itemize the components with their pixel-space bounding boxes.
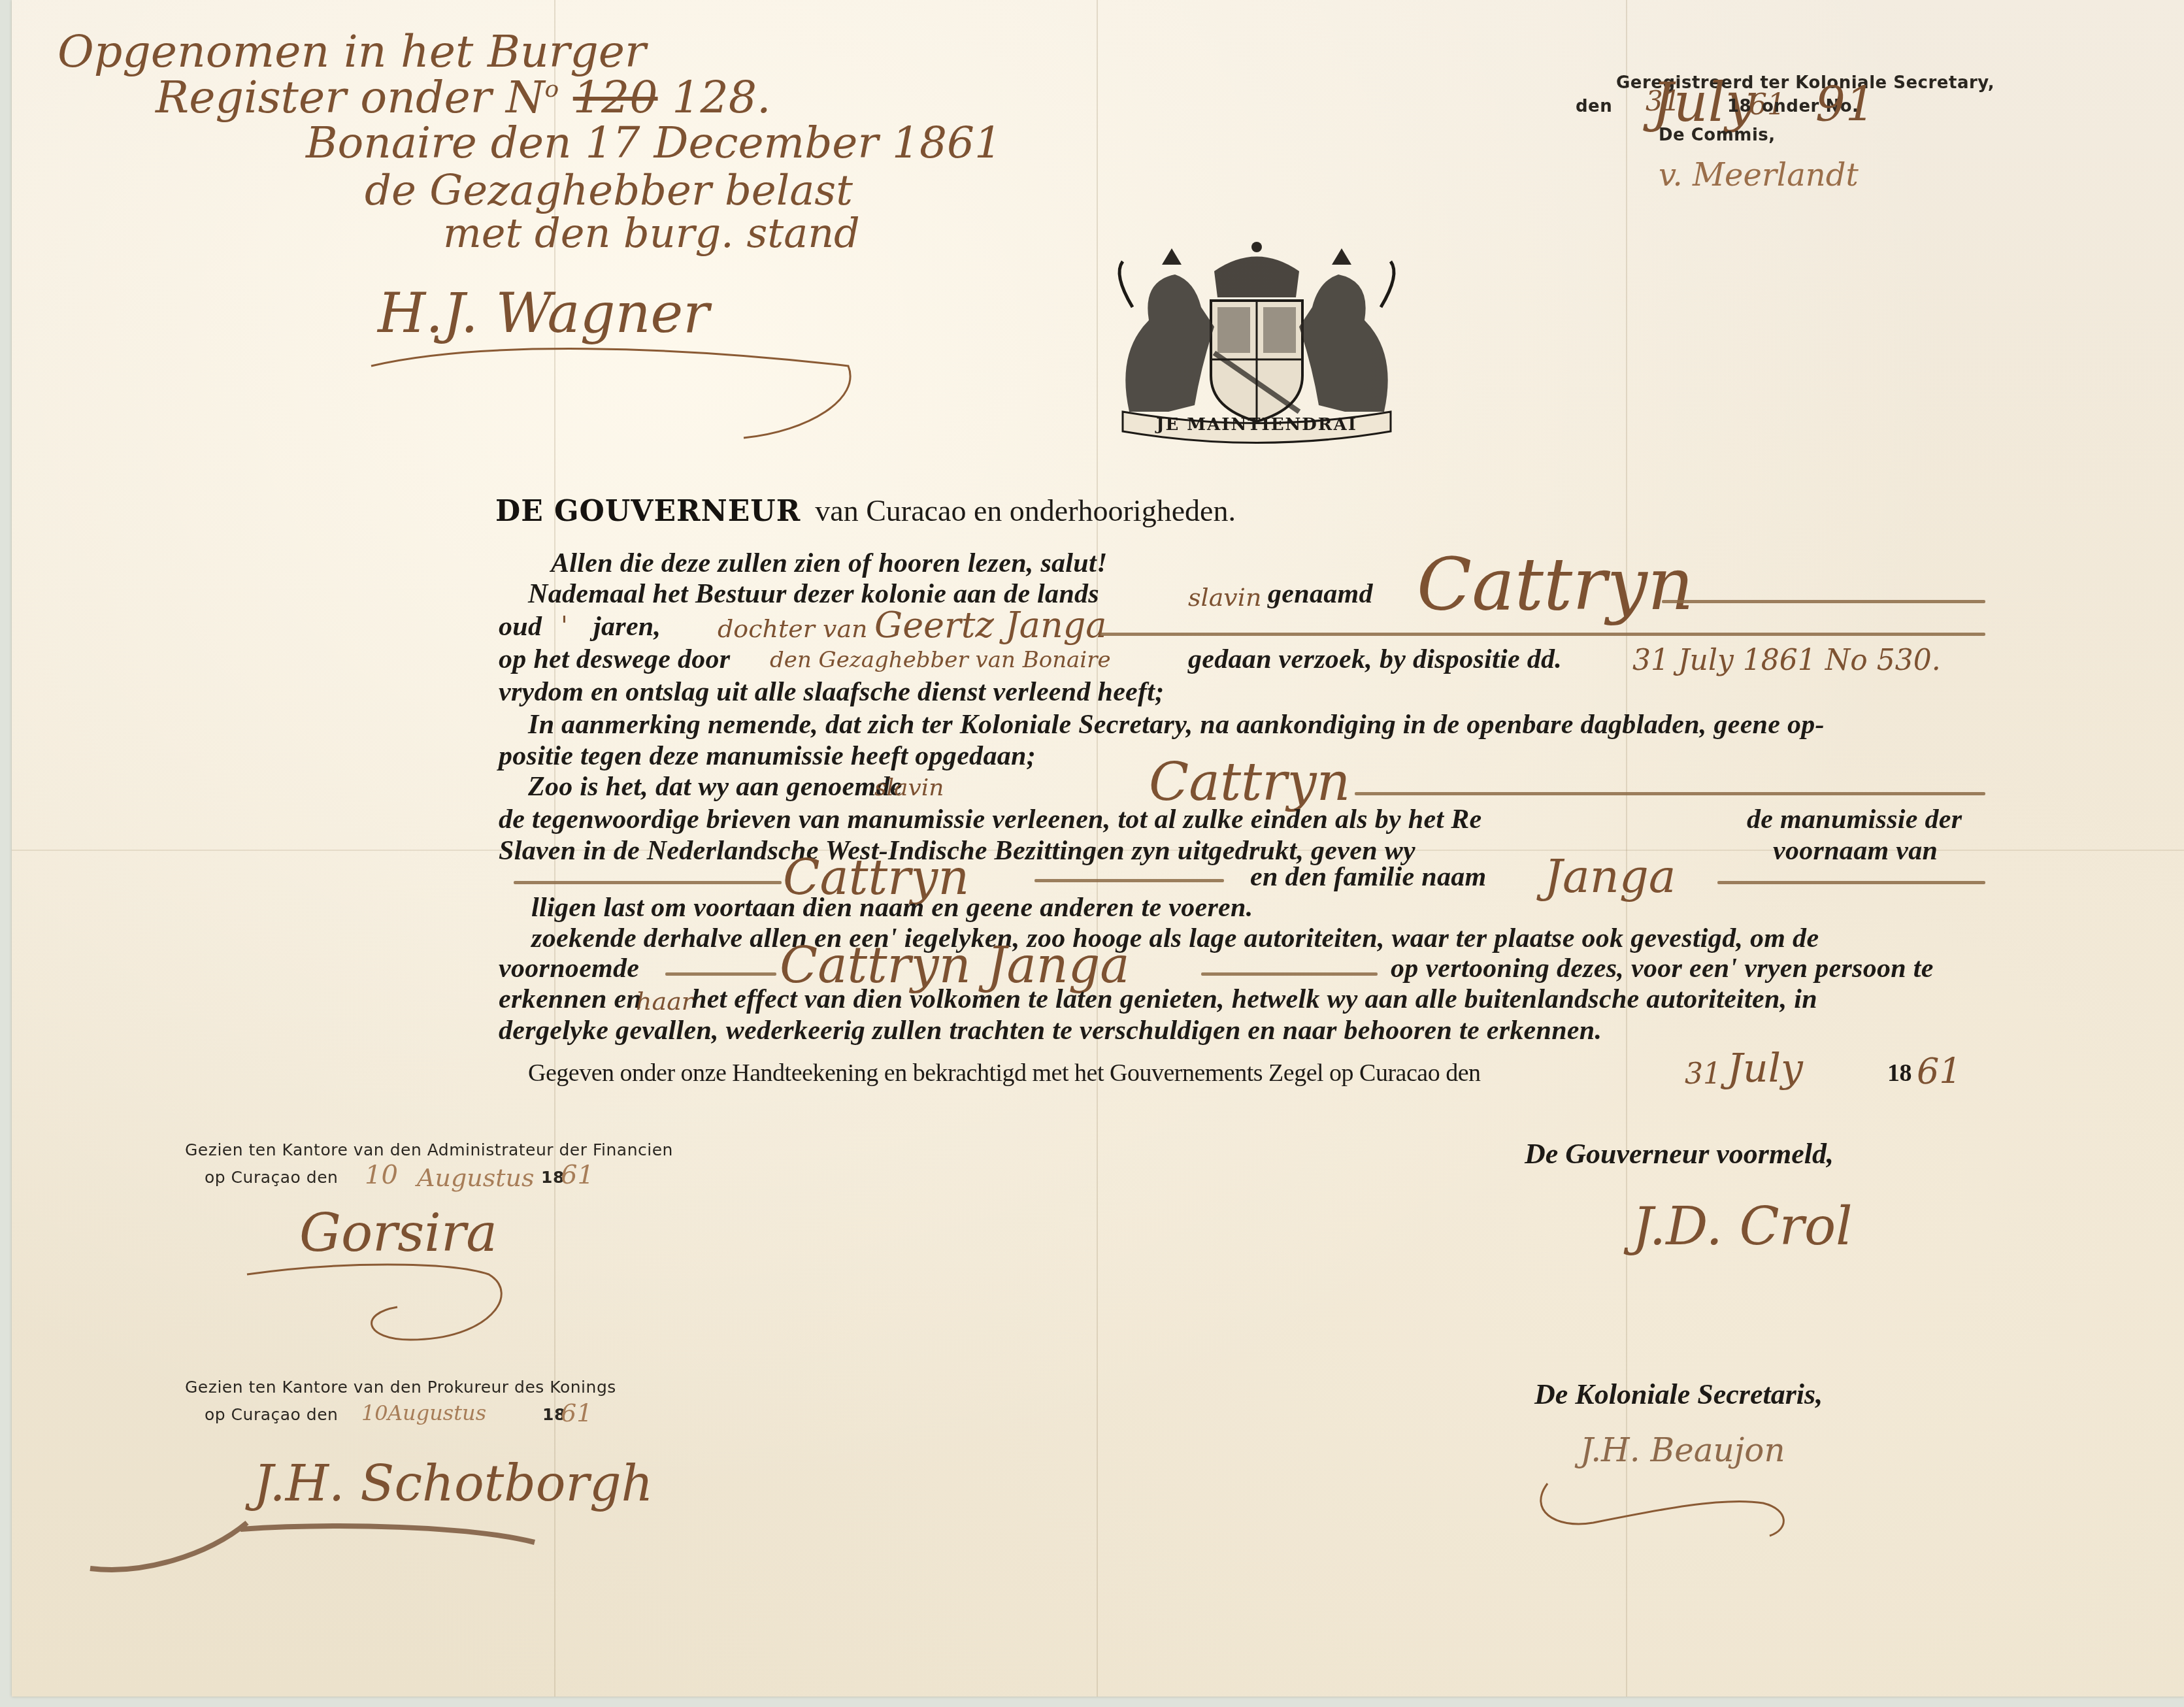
struck-number: 120 xyxy=(573,72,658,124)
fill-line xyxy=(1717,881,1985,884)
secretary-label: De Koloniale Secretaris, xyxy=(1534,1378,1823,1411)
body-line: op vertooning dezes, voor een' vryen per… xyxy=(1391,953,1934,984)
body-line: het effect van dien volkomen te laten ge… xyxy=(691,984,1817,1015)
heading-rest: van Curacao en onderhoorigheden. xyxy=(815,494,1236,527)
prosecutor-line: Gezien ten Kantore van den Prokureur des… xyxy=(185,1378,616,1397)
body-line: erkennen en xyxy=(499,984,642,1015)
salutation: Allen die deze zullen zien of hooren lez… xyxy=(551,548,1108,579)
body-line: gedaan verzoek, by dispositie dd. xyxy=(1188,644,1562,675)
finance-line: op Curaçao den xyxy=(205,1168,338,1187)
fill-line xyxy=(1355,792,1985,795)
annotation-line: de Gezaghebber belast xyxy=(365,167,853,215)
hw-surname: Janga xyxy=(1544,850,1676,903)
prosecutor-year: 61 xyxy=(561,1399,592,1427)
body-line: oud xyxy=(499,611,542,642)
body-line: de tegenwoordige brieven van manumissie … xyxy=(499,804,1481,835)
hw-age: ' xyxy=(561,611,568,641)
body-line: lligen last om voortaan dien naam en gee… xyxy=(531,892,1253,923)
fill-line xyxy=(1662,600,1985,603)
hw-disposition: 31 July 1861 No 530. xyxy=(1632,644,1941,677)
hw-pronoun: haar xyxy=(636,987,693,1016)
fill-line xyxy=(1201,972,1378,976)
signature-flourish xyxy=(240,1261,535,1353)
fill-line xyxy=(1034,879,1224,882)
reg-number: 91 xyxy=(1815,77,1876,132)
coat-of-arms-icon: JE MAINTIENDRAI xyxy=(1103,235,1410,451)
den-label: den xyxy=(1576,97,1612,116)
body-line: vrydom en ontslag uit alle slaafsche die… xyxy=(499,676,1165,708)
signature-flourish xyxy=(77,1497,574,1582)
annotation-line: met den burg. stand xyxy=(443,209,860,257)
gorsira-signature: Gorsira xyxy=(299,1202,497,1263)
signature-flourish xyxy=(352,340,874,444)
body-line: voornoemde xyxy=(499,953,639,984)
given-day: 31 xyxy=(1685,1057,1721,1091)
body-line: jaren, xyxy=(593,611,661,642)
body-line: positie tegen deze manumissie heeft opge… xyxy=(499,740,1036,772)
year-prefix: 18 xyxy=(1727,97,1751,116)
given-year-prefix: 18 xyxy=(1887,1059,1911,1087)
body-line: Zoo is het, dat wy aan genoemde xyxy=(528,771,902,803)
hw-name: Cattryn xyxy=(1417,542,1694,626)
given-month: July xyxy=(1727,1046,1803,1091)
finance-year: 61 xyxy=(561,1160,594,1190)
secretary-signature: J.H. Beaujon xyxy=(1580,1431,1785,1469)
body-line: In aanmerking nemende, dat zich ter Kolo… xyxy=(528,709,1825,740)
fill-line xyxy=(1100,633,1985,636)
annotation-line: Bonaire den 17 December 1861 xyxy=(306,118,1002,168)
body-line: op het deswege door xyxy=(499,644,731,675)
body-line: genaamd xyxy=(1268,578,1373,610)
governor-label: De Gouverneur voormeld, xyxy=(1525,1137,1834,1170)
hw-status-2: slavin xyxy=(874,774,944,801)
finance-month: Augustus xyxy=(417,1163,534,1192)
annotation-line: Register onder No 120 128. Register onde… xyxy=(156,72,771,124)
wagner-signature: H.J. Wagner xyxy=(378,281,709,345)
body-line: voornaam van xyxy=(1773,835,1938,867)
signature-flourish xyxy=(1528,1470,1802,1542)
prosecutor-line: op Curaçao den xyxy=(205,1405,338,1424)
annotation-line: Opgenomen in het Burger xyxy=(58,26,646,78)
commis-label: De Commis, xyxy=(1659,125,1776,145)
governor-signature: J.D. Crol xyxy=(1632,1196,1853,1257)
hw-requester: den Gezaghebber van Bonaire xyxy=(770,647,1111,673)
hw-status: slavin xyxy=(1188,583,1261,612)
heading-bold: DE GOUVERNEUR xyxy=(495,495,801,528)
body-line: dergelyke gevallen, wederkeerig zullen t… xyxy=(499,1015,1602,1046)
finance-line: Gezien ten Kantore van den Administrateu… xyxy=(185,1140,673,1159)
document-heading: DE GOUVERNEUR van Curacao en onderhoorig… xyxy=(495,493,1236,528)
prosecutor-month: Augustus xyxy=(388,1400,486,1425)
commis-signature: v. Meerlandt xyxy=(1659,157,1859,193)
body-line: en den familie naam xyxy=(1250,861,1487,893)
finance-day: 10 xyxy=(365,1160,398,1190)
fill-line xyxy=(665,972,776,976)
body-line: zoekende derhalve allen en een' iegelyke… xyxy=(531,923,1819,954)
prosecutor-day: 10 xyxy=(361,1400,388,1425)
crest-motto: JE MAINTIENDRAI xyxy=(1155,415,1357,435)
given-year: 61 xyxy=(1917,1051,1962,1092)
document-sheet: Opgenomen in het Burger Register onder N… xyxy=(12,0,2184,1697)
hw-parent: Geertz Janga xyxy=(874,605,1107,646)
given-text: Gegeven onder onze Handteekening en bekr… xyxy=(528,1059,1481,1087)
hw-relation: dochter van xyxy=(718,614,868,643)
register-number: 128. xyxy=(672,72,770,124)
fill-line xyxy=(514,881,782,884)
body-line: de manumissie der xyxy=(1747,804,1962,835)
